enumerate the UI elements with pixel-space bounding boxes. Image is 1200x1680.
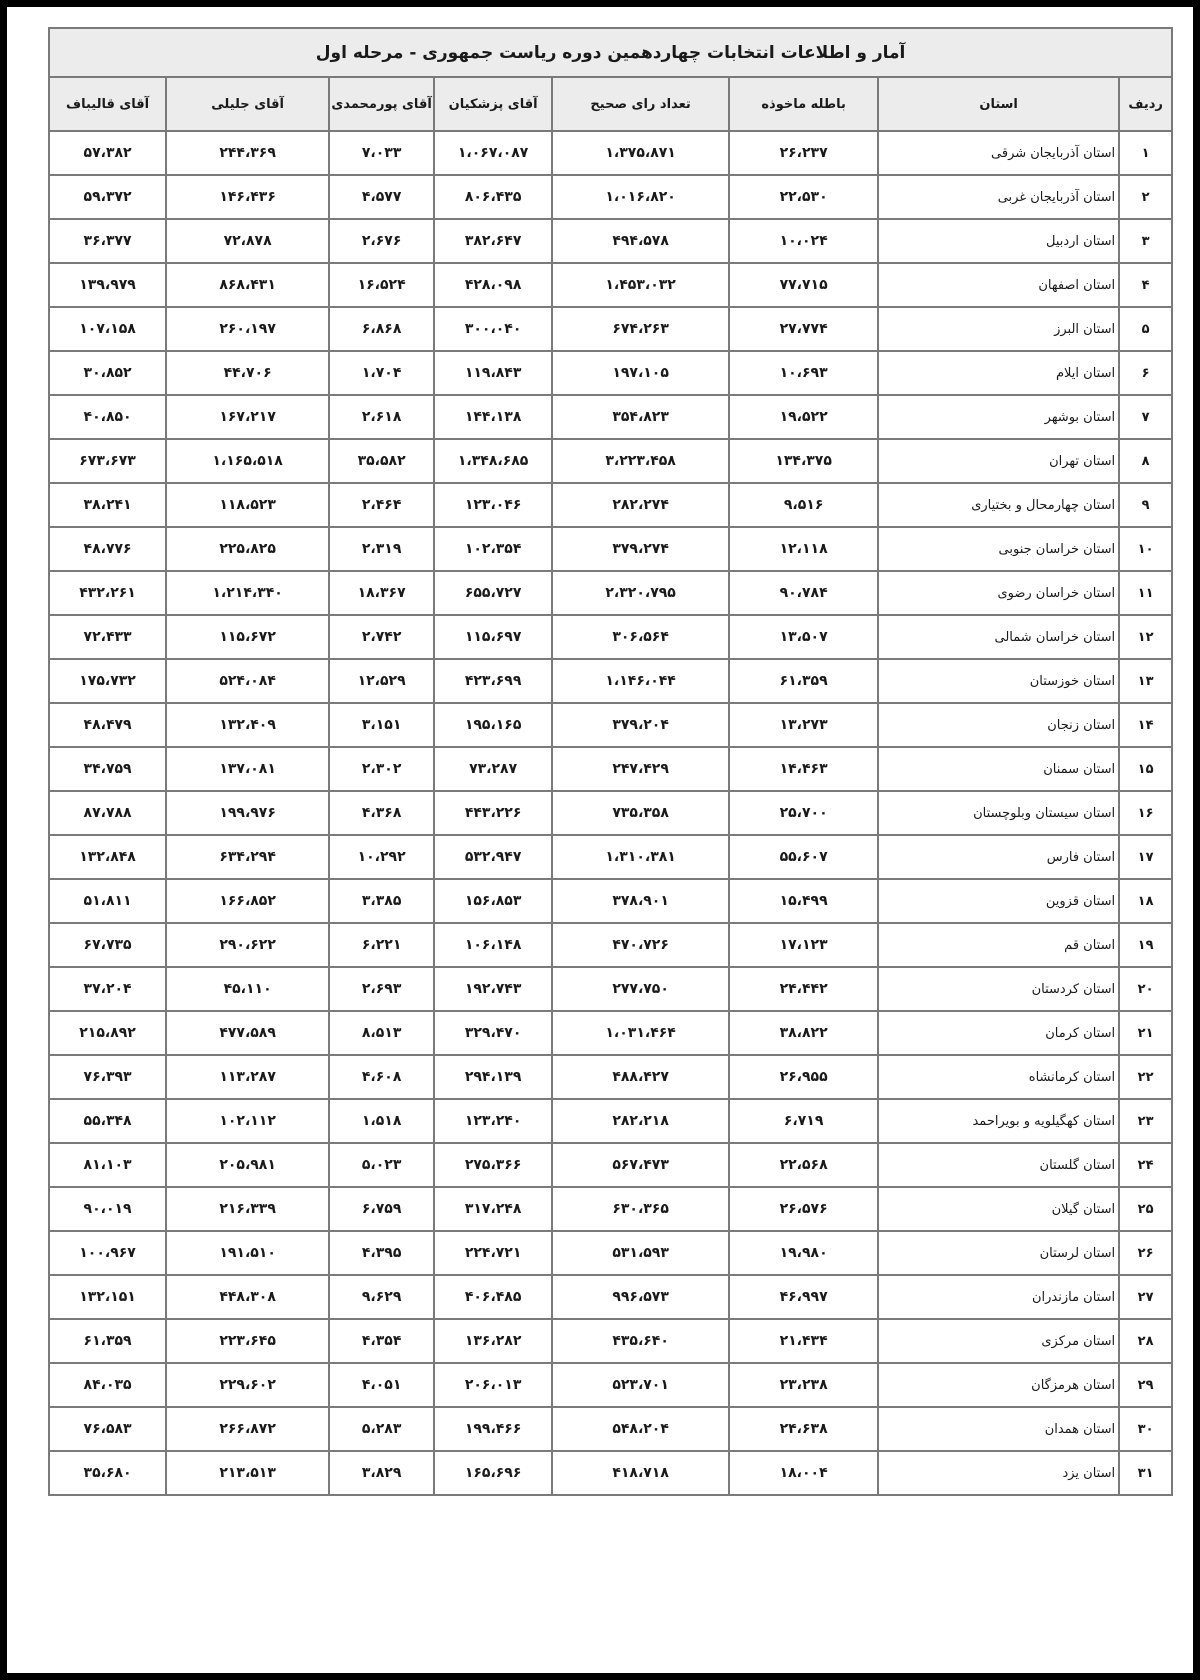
valid-votes: ۶۳۰،۳۶۵: [552, 1187, 729, 1231]
row-number: ۲۳: [1119, 1099, 1172, 1143]
void-votes: ۲۶،۵۷۶: [729, 1187, 878, 1231]
pezeshkian-votes: ۴۲۸،۰۹۸: [434, 263, 552, 307]
void-votes: ۲۳،۲۳۸: [729, 1363, 878, 1407]
valid-votes: ۵۴۸،۲۰۴: [552, 1407, 729, 1451]
province-name: استان فارس: [878, 835, 1119, 879]
pourmohammadi-votes: ۴،۵۷۷: [329, 175, 434, 219]
table-title: آمار و اطلاعات انتخابات چهاردهمین دوره ر…: [49, 28, 1172, 77]
void-votes: ۱۴،۴۶۳: [729, 747, 878, 791]
valid-votes: ۳،۲۲۳،۴۵۸: [552, 439, 729, 483]
void-votes: ۳۸،۸۲۲: [729, 1011, 878, 1055]
valid-votes: ۵۳۱،۵۹۳: [552, 1231, 729, 1275]
pourmohammadi-votes: ۲،۶۹۳: [329, 967, 434, 1011]
row-number: ۱۸: [1119, 879, 1172, 923]
province-name: استان قزوین: [878, 879, 1119, 923]
row-number: ۶: [1119, 351, 1172, 395]
document-page: آمار و اطلاعات انتخابات چهاردهمین دوره ر…: [7, 7, 1193, 1673]
row-number: ۱۰: [1119, 527, 1172, 571]
void-votes: ۲۲،۵۳۰: [729, 175, 878, 219]
valid-votes: ۳۰۶،۵۶۴: [552, 615, 729, 659]
valid-votes: ۶۷۴،۲۶۳: [552, 307, 729, 351]
pezeshkian-votes: ۱۲۳،۰۴۶: [434, 483, 552, 527]
province-name: استان اصفهان: [878, 263, 1119, 307]
row-number: ۲۵: [1119, 1187, 1172, 1231]
pourmohammadi-votes: ۴،۶۰۸: [329, 1055, 434, 1099]
pourmohammadi-votes: ۲،۶۱۸: [329, 395, 434, 439]
row-number: ۲۶: [1119, 1231, 1172, 1275]
valid-votes: ۱،۰۱۶،۸۲۰: [552, 175, 729, 219]
province-name: استان کرمانشاه: [878, 1055, 1119, 1099]
row-number: ۴: [1119, 263, 1172, 307]
qalibaf-votes: ۴۳۲،۲۶۱: [49, 571, 166, 615]
qalibaf-votes: ۲۱۵،۸۹۲: [49, 1011, 166, 1055]
pourmohammadi-votes: ۸،۵۱۳: [329, 1011, 434, 1055]
table-row: ۱۹استان قم۱۷،۱۲۳۴۷۰،۷۲۶۱۰۶،۱۴۸۶،۲۲۱۲۹۰،۶…: [49, 923, 1172, 967]
qalibaf-votes: ۱۰۷،۱۵۸: [49, 307, 166, 351]
pezeshkian-votes: ۸۰۶،۴۳۵: [434, 175, 552, 219]
pourmohammadi-votes: ۴،۳۹۵: [329, 1231, 434, 1275]
pezeshkian-votes: ۱۱۵،۶۹۷: [434, 615, 552, 659]
qalibaf-votes: ۵۵،۳۴۸: [49, 1099, 166, 1143]
pourmohammadi-votes: ۳،۱۵۱: [329, 703, 434, 747]
row-number: ۱۹: [1119, 923, 1172, 967]
jalili-votes: ۱،۱۶۵،۵۱۸: [166, 439, 329, 483]
pourmohammadi-votes: ۳۵،۵۸۲: [329, 439, 434, 483]
province-name: استان آذربایجان شرقی: [878, 131, 1119, 175]
qalibaf-votes: ۳۶،۳۷۷: [49, 219, 166, 263]
valid-votes: ۲۷۷،۷۵۰: [552, 967, 729, 1011]
province-name: استان مرکزی: [878, 1319, 1119, 1363]
pourmohammadi-votes: ۵،۲۸۳: [329, 1407, 434, 1451]
qalibaf-votes: ۷۶،۳۹۳: [49, 1055, 166, 1099]
jalili-votes: ۴۴۸،۳۰۸: [166, 1275, 329, 1319]
row-number: ۱۴: [1119, 703, 1172, 747]
table-row: ۱۰استان خراسان جنوبی۱۲،۱۱۸۳۷۹،۲۷۴۱۰۲،۳۵۴…: [49, 527, 1172, 571]
qalibaf-votes: ۳۵،۶۸۰: [49, 1451, 166, 1495]
row-number: ۱۳: [1119, 659, 1172, 703]
pezeshkian-votes: ۱۹۹،۴۶۶: [434, 1407, 552, 1451]
void-votes: ۱۳۴،۳۷۵: [729, 439, 878, 483]
pourmohammadi-votes: ۴،۳۶۸: [329, 791, 434, 835]
jalili-votes: ۲۰۵،۹۸۱: [166, 1143, 329, 1187]
void-votes: ۲۶،۲۳۷: [729, 131, 878, 175]
pourmohammadi-votes: ۹،۶۲۹: [329, 1275, 434, 1319]
province-name: استان سیستان وبلوچستان: [878, 791, 1119, 835]
row-number: ۳۰: [1119, 1407, 1172, 1451]
table-row: ۲۴استان گلستان۲۲،۵۶۸۵۶۷،۴۷۳۲۷۵،۳۶۶۵،۰۲۳۲…: [49, 1143, 1172, 1187]
table-row: ۱۴استان زنجان۱۳،۲۷۳۳۷۹،۲۰۴۱۹۵،۱۶۵۳،۱۵۱۱۳…: [49, 703, 1172, 747]
qalibaf-votes: ۸۱،۱۰۳: [49, 1143, 166, 1187]
jalili-votes: ۱۱۳،۲۸۷: [166, 1055, 329, 1099]
pourmohammadi-votes: ۱،۷۰۴: [329, 351, 434, 395]
pezeshkian-votes: ۱،۰۶۷،۰۸۷: [434, 131, 552, 175]
void-votes: ۱۰،۶۹۳: [729, 351, 878, 395]
jalili-votes: ۲۱۳،۵۱۳: [166, 1451, 329, 1495]
pourmohammadi-votes: ۲،۷۴۲: [329, 615, 434, 659]
table-row: ۱۱استان خراسان رضوی۹۰،۷۸۴۲،۳۲۰،۷۹۵۶۵۵،۷۲…: [49, 571, 1172, 615]
jalili-votes: ۱۱۸،۵۲۳: [166, 483, 329, 527]
pourmohammadi-votes: ۵،۰۲۳: [329, 1143, 434, 1187]
void-votes: ۵۵،۶۰۷: [729, 835, 878, 879]
void-votes: ۱۲،۱۱۸: [729, 527, 878, 571]
row-number: ۲: [1119, 175, 1172, 219]
pezeshkian-votes: ۶۵۵،۷۲۷: [434, 571, 552, 615]
table-row: ۲۵استان گیلان۲۶،۵۷۶۶۳۰،۳۶۵۳۱۷،۲۴۸۶،۷۵۹۲۱…: [49, 1187, 1172, 1231]
row-number: ۱: [1119, 131, 1172, 175]
valid-votes: ۳۷۸،۹۰۱: [552, 879, 729, 923]
qalibaf-votes: ۱۳۹،۹۷۹: [49, 263, 166, 307]
province-name: استان خوزستان: [878, 659, 1119, 703]
province-name: استان گیلان: [878, 1187, 1119, 1231]
pezeshkian-votes: ۱۳۶،۲۸۲: [434, 1319, 552, 1363]
pezeshkian-votes: ۱۹۵،۱۶۵: [434, 703, 552, 747]
pourmohammadi-votes: ۱،۵۱۸: [329, 1099, 434, 1143]
table-row: ۸استان تهران۱۳۴،۳۷۵۳،۲۲۳،۴۵۸۱،۳۴۸،۶۸۵۳۵،…: [49, 439, 1172, 483]
qalibaf-votes: ۷۲،۴۳۳: [49, 615, 166, 659]
pezeshkian-votes: ۲۲۴،۷۲۱: [434, 1231, 552, 1275]
table-body: ۱استان آذربایجان شرقی۲۶،۲۳۷۱،۳۷۵،۸۷۱۱،۰۶…: [49, 131, 1172, 1495]
pezeshkian-votes: ۳۱۷،۲۴۸: [434, 1187, 552, 1231]
pezeshkian-votes: ۱۱۹،۸۴۳: [434, 351, 552, 395]
province-name: استان قم: [878, 923, 1119, 967]
table-row: ۲۸استان مرکزی۲۱،۴۳۴۴۳۵،۶۴۰۱۳۶،۲۸۲۴،۳۵۴۲۲…: [49, 1319, 1172, 1363]
pourmohammadi-votes: ۶،۲۲۱: [329, 923, 434, 967]
jalili-votes: ۲۱۶،۳۳۹: [166, 1187, 329, 1231]
qalibaf-votes: ۳۰،۸۵۲: [49, 351, 166, 395]
province-name: استان تهران: [878, 439, 1119, 483]
qalibaf-votes: ۳۴،۷۵۹: [49, 747, 166, 791]
province-name: استان اردبیل: [878, 219, 1119, 263]
pezeshkian-votes: ۲۰۶،۰۱۳: [434, 1363, 552, 1407]
jalili-votes: ۲۴۴،۳۶۹: [166, 131, 329, 175]
pourmohammadi-votes: ۲،۳۱۹: [329, 527, 434, 571]
pezeshkian-votes: ۲۷۵،۳۶۶: [434, 1143, 552, 1187]
province-name: استان آذربایجان غربی: [878, 175, 1119, 219]
table-row: ۳۱استان یزد۱۸،۰۰۴۴۱۸،۷۱۸۱۶۵،۶۹۶۳،۸۲۹۲۱۳،…: [49, 1451, 1172, 1495]
void-votes: ۲۶،۹۵۵: [729, 1055, 878, 1099]
table-row: ۲۳استان کهگیلویه و بویراحمد۶،۷۱۹۲۸۲،۲۱۸۱…: [49, 1099, 1172, 1143]
row-number: ۲۸: [1119, 1319, 1172, 1363]
qalibaf-votes: ۳۷،۲۰۴: [49, 967, 166, 1011]
pourmohammadi-votes: ۱۸،۳۶۷: [329, 571, 434, 615]
province-name: استان چهارمحال و بختیاری: [878, 483, 1119, 527]
qalibaf-votes: ۵۱،۸۱۱: [49, 879, 166, 923]
void-votes: ۲۷،۷۷۴: [729, 307, 878, 351]
valid-votes: ۵۶۷،۴۷۳: [552, 1143, 729, 1187]
table-row: ۲۲استان کرمانشاه۲۶،۹۵۵۴۸۸،۴۲۷۲۹۴،۱۳۹۴،۶۰…: [49, 1055, 1172, 1099]
pezeshkian-votes: ۱۵۶،۸۵۳: [434, 879, 552, 923]
row-number: ۵: [1119, 307, 1172, 351]
void-votes: ۲۴،۴۴۲: [729, 967, 878, 1011]
header-row: ردیف استان باطله ماخوذه تعداد رای صحیح آ…: [49, 77, 1172, 131]
pezeshkian-votes: ۴۴۳،۲۲۶: [434, 791, 552, 835]
void-votes: ۶۱،۳۵۹: [729, 659, 878, 703]
void-votes: ۱۸،۰۰۴: [729, 1451, 878, 1495]
jalili-votes: ۱۳۲،۴۰۹: [166, 703, 329, 747]
table-row: ۱۸استان قزوین۱۵،۴۹۹۳۷۸،۹۰۱۱۵۶،۸۵۳۳،۳۸۵۱۶…: [49, 879, 1172, 923]
pezeshkian-votes: ۴۲۳،۶۹۹: [434, 659, 552, 703]
pezeshkian-votes: ۱۰۶،۱۴۸: [434, 923, 552, 967]
valid-votes: ۳۷۹،۲۰۴: [552, 703, 729, 747]
pourmohammadi-votes: ۲،۶۷۶: [329, 219, 434, 263]
pourmohammadi-votes: ۱۲،۵۲۹: [329, 659, 434, 703]
valid-votes: ۳۵۴،۸۲۳: [552, 395, 729, 439]
jalili-votes: ۲۲۳،۶۴۵: [166, 1319, 329, 1363]
province-name: استان کردستان: [878, 967, 1119, 1011]
table-row: ۳استان اردبیل۱۰،۰۲۴۴۹۴،۵۷۸۳۸۲،۶۴۷۲،۶۷۶۷۲…: [49, 219, 1172, 263]
valid-votes: ۴۷۰،۷۲۶: [552, 923, 729, 967]
pezeshkian-votes: ۳۸۲،۶۴۷: [434, 219, 552, 263]
col-header-pourmohammadi: آقای پورمحمدی: [329, 77, 434, 131]
jalili-votes: ۱۹۹،۹۷۶: [166, 791, 329, 835]
row-number: ۱۷: [1119, 835, 1172, 879]
table-row: ۲۰استان کردستان۲۴،۴۴۲۲۷۷،۷۵۰۱۹۲،۷۴۳۲،۶۹۳…: [49, 967, 1172, 1011]
jalili-votes: ۲۹۰،۶۲۲: [166, 923, 329, 967]
row-number: ۲۷: [1119, 1275, 1172, 1319]
province-name: استان مازندران: [878, 1275, 1119, 1319]
table-row: ۱۷استان فارس۵۵،۶۰۷۱،۳۱۰،۳۸۱۵۳۲،۹۴۷۱۰،۲۹۲…: [49, 835, 1172, 879]
province-name: استان خراسان جنوبی: [878, 527, 1119, 571]
void-votes: ۹۰،۷۸۴: [729, 571, 878, 615]
province-name: استان خراسان رضوی: [878, 571, 1119, 615]
col-header-void-votes: باطله ماخوذه: [729, 77, 878, 131]
valid-votes: ۱۹۷،۱۰۵: [552, 351, 729, 395]
pezeshkian-votes: ۱۲۳،۲۴۰: [434, 1099, 552, 1143]
table-row: ۲۹استان هرمزگان۲۳،۲۳۸۵۲۳،۷۰۱۲۰۶،۰۱۳۴،۰۵۱…: [49, 1363, 1172, 1407]
table-row: ۲۶استان لرستان۱۹،۹۸۰۵۳۱،۵۹۳۲۲۴،۷۲۱۴،۳۹۵۱…: [49, 1231, 1172, 1275]
valid-votes: ۲۸۲،۲۷۴: [552, 483, 729, 527]
pezeshkian-votes: ۳۲۹،۴۷۰: [434, 1011, 552, 1055]
pourmohammadi-votes: ۶،۷۵۹: [329, 1187, 434, 1231]
province-name: استان لرستان: [878, 1231, 1119, 1275]
table-row: ۲۱استان کرمان۳۸،۸۲۲۱،۰۳۱،۴۶۴۳۲۹،۴۷۰۸،۵۱۳…: [49, 1011, 1172, 1055]
jalili-votes: ۷۲،۸۷۸: [166, 219, 329, 263]
province-name: استان سمنان: [878, 747, 1119, 791]
jalili-votes: ۱۶۷،۲۱۷: [166, 395, 329, 439]
row-number: ۲۰: [1119, 967, 1172, 1011]
void-votes: ۲۱،۴۳۴: [729, 1319, 878, 1363]
col-header-qalibaf: آقای قالیباف: [49, 77, 166, 131]
pourmohammadi-votes: ۲،۳۰۲: [329, 747, 434, 791]
void-votes: ۱۳،۵۰۷: [729, 615, 878, 659]
valid-votes: ۷۳۵،۳۵۸: [552, 791, 729, 835]
pourmohammadi-votes: ۶،۸۶۸: [329, 307, 434, 351]
valid-votes: ۴۱۸،۷۱۸: [552, 1451, 729, 1495]
pezeshkian-votes: ۱۹۲،۷۴۳: [434, 967, 552, 1011]
void-votes: ۱۹،۹۸۰: [729, 1231, 878, 1275]
col-header-row-number: ردیف: [1119, 77, 1172, 131]
table-row: ۹استان چهارمحال و بختیاری۹،۵۱۶۲۸۲،۲۷۴۱۲۳…: [49, 483, 1172, 527]
province-name: استان خراسان شمالی: [878, 615, 1119, 659]
jalili-votes: ۱۱۵،۶۷۲: [166, 615, 329, 659]
jalili-votes: ۲۲۹،۶۰۲: [166, 1363, 329, 1407]
table-row: ۷استان بوشهر۱۹،۵۲۲۳۵۴،۸۲۳۱۴۴،۱۳۸۲،۶۱۸۱۶۷…: [49, 395, 1172, 439]
qalibaf-votes: ۹۰،۰۱۹: [49, 1187, 166, 1231]
qalibaf-votes: ۸۷،۷۸۸: [49, 791, 166, 835]
jalili-votes: ۲۶۰،۱۹۷: [166, 307, 329, 351]
jalili-votes: ۱۰۲،۱۱۲: [166, 1099, 329, 1143]
table-row: ۱۵استان سمنان۱۴،۴۶۳۲۴۷،۴۲۹۷۳،۲۸۷۲،۳۰۲۱۳۷…: [49, 747, 1172, 791]
void-votes: ۱۹،۵۲۲: [729, 395, 878, 439]
row-number: ۲۱: [1119, 1011, 1172, 1055]
table-row: ۶استان ایلام۱۰،۶۹۳۱۹۷،۱۰۵۱۱۹،۸۴۳۱،۷۰۴۴۴،…: [49, 351, 1172, 395]
table-row: ۲۷استان مازندران۴۶،۹۹۷۹۹۶،۵۷۳۴۰۶،۴۸۵۹،۶۲…: [49, 1275, 1172, 1319]
qalibaf-votes: ۱۰۰،۹۶۷: [49, 1231, 166, 1275]
qalibaf-votes: ۵۹،۳۷۲: [49, 175, 166, 219]
qalibaf-votes: ۱۳۲،۸۴۸: [49, 835, 166, 879]
valid-votes: ۲۴۷،۴۲۹: [552, 747, 729, 791]
table-row: ۵استان البرز۲۷،۷۷۴۶۷۴،۲۶۳۳۰۰،۰۴۰۶،۸۶۸۲۶۰…: [49, 307, 1172, 351]
valid-votes: ۴۹۴،۵۷۸: [552, 219, 729, 263]
pezeshkian-votes: ۱۴۴،۱۳۸: [434, 395, 552, 439]
pourmohammadi-votes: ۳،۸۲۹: [329, 1451, 434, 1495]
valid-votes: ۴۸۸،۴۲۷: [552, 1055, 729, 1099]
jalili-votes: ۱۴۶،۴۳۶: [166, 175, 329, 219]
jalili-votes: ۲۶۶،۸۷۲: [166, 1407, 329, 1451]
jalili-votes: ۶۳۴،۲۹۴: [166, 835, 329, 879]
row-number: ۳۱: [1119, 1451, 1172, 1495]
pezeshkian-votes: ۴۰۶،۴۸۵: [434, 1275, 552, 1319]
province-name: استان البرز: [878, 307, 1119, 351]
valid-votes: ۱،۳۱۰،۳۸۱: [552, 835, 729, 879]
valid-votes: ۳۷۹،۲۷۴: [552, 527, 729, 571]
province-name: استان گلستان: [878, 1143, 1119, 1187]
table-row: ۲استان آذربایجان غربی۲۲،۵۳۰۱،۰۱۶،۸۲۰۸۰۶،…: [49, 175, 1172, 219]
qalibaf-votes: ۴۸،۴۷۹: [49, 703, 166, 747]
province-name: استان زنجان: [878, 703, 1119, 747]
void-votes: ۷۷،۷۱۵: [729, 263, 878, 307]
row-number: ۱۶: [1119, 791, 1172, 835]
row-number: ۲۲: [1119, 1055, 1172, 1099]
row-number: ۷: [1119, 395, 1172, 439]
row-number: ۸: [1119, 439, 1172, 483]
pourmohammadi-votes: ۲،۴۶۴: [329, 483, 434, 527]
pezeshkian-votes: ۱۶۵،۶۹۶: [434, 1451, 552, 1495]
province-name: استان کهگیلویه و بویراحمد: [878, 1099, 1119, 1143]
qalibaf-votes: ۱۳۲،۱۵۱: [49, 1275, 166, 1319]
pourmohammadi-votes: ۳،۳۸۵: [329, 879, 434, 923]
void-votes: ۱۳،۲۷۳: [729, 703, 878, 747]
province-name: استان بوشهر: [878, 395, 1119, 439]
pourmohammadi-votes: ۷،۰۳۳: [329, 131, 434, 175]
pourmohammadi-votes: ۴،۳۵۴: [329, 1319, 434, 1363]
jalili-votes: ۱۹۱،۵۱۰: [166, 1231, 329, 1275]
valid-votes: ۹۹۶،۵۷۳: [552, 1275, 729, 1319]
row-number: ۲۹: [1119, 1363, 1172, 1407]
void-votes: ۱۵،۴۹۹: [729, 879, 878, 923]
qalibaf-votes: ۱۷۵،۷۳۲: [49, 659, 166, 703]
col-header-pezeshkian: آقای پزشکیان: [434, 77, 552, 131]
valid-votes: ۱،۴۵۳،۰۳۲: [552, 263, 729, 307]
void-votes: ۲۵،۷۰۰: [729, 791, 878, 835]
valid-votes: ۱،۱۴۶،۰۴۴: [552, 659, 729, 703]
province-name: استان ایلام: [878, 351, 1119, 395]
void-votes: ۲۲،۵۶۸: [729, 1143, 878, 1187]
valid-votes: ۴۳۵،۶۴۰: [552, 1319, 729, 1363]
row-number: ۱۱: [1119, 571, 1172, 615]
qalibaf-votes: ۴۸،۷۷۶: [49, 527, 166, 571]
pourmohammadi-votes: ۱۰،۲۹۲: [329, 835, 434, 879]
void-votes: ۹،۵۱۶: [729, 483, 878, 527]
province-name: استان همدان: [878, 1407, 1119, 1451]
void-votes: ۲۴،۶۳۸: [729, 1407, 878, 1451]
qalibaf-votes: ۳۸،۲۴۱: [49, 483, 166, 527]
void-votes: ۴۶،۹۹۷: [729, 1275, 878, 1319]
row-number: ۳: [1119, 219, 1172, 263]
jalili-votes: ۴۵،۱۱۰: [166, 967, 329, 1011]
election-results-table: آمار و اطلاعات انتخابات چهاردهمین دوره ر…: [48, 27, 1173, 1496]
jalili-votes: ۱۳۷،۰۸۱: [166, 747, 329, 791]
table-row: ۱۲استان خراسان شمالی۱۳،۵۰۷۳۰۶،۵۶۴۱۱۵،۶۹۷…: [49, 615, 1172, 659]
qalibaf-votes: ۵۷،۳۸۲: [49, 131, 166, 175]
table-row: ۱۳استان خوزستان۶۱،۳۵۹۱،۱۴۶،۰۴۴۴۲۳،۶۹۹۱۲،…: [49, 659, 1172, 703]
table-row: ۱۶استان سیستان وبلوچستان۲۵،۷۰۰۷۳۵،۳۵۸۴۴۳…: [49, 791, 1172, 835]
province-name: استان یزد: [878, 1451, 1119, 1495]
pezeshkian-votes: ۱۰۲،۳۵۴: [434, 527, 552, 571]
pezeshkian-votes: ۷۳،۲۸۷: [434, 747, 552, 791]
jalili-votes: ۲۲۵،۸۲۵: [166, 527, 329, 571]
jalili-votes: ۱۶۶،۸۵۲: [166, 879, 329, 923]
valid-votes: ۲۸۲،۲۱۸: [552, 1099, 729, 1143]
qalibaf-votes: ۷۶،۵۸۳: [49, 1407, 166, 1451]
void-votes: ۱۰،۰۲۴: [729, 219, 878, 263]
pezeshkian-votes: ۵۳۲،۹۴۷: [434, 835, 552, 879]
qalibaf-votes: ۶۷،۷۳۵: [49, 923, 166, 967]
pourmohammadi-votes: ۱۶،۵۲۴: [329, 263, 434, 307]
qalibaf-votes: ۶۷۳،۶۷۳: [49, 439, 166, 483]
table-row: ۳۰استان همدان۲۴،۶۳۸۵۴۸،۲۰۴۱۹۹،۴۶۶۵،۲۸۳۲۶…: [49, 1407, 1172, 1451]
province-name: استان کرمان: [878, 1011, 1119, 1055]
pezeshkian-votes: ۲۹۴،۱۳۹: [434, 1055, 552, 1099]
table-row: ۴استان اصفهان۷۷،۷۱۵۱،۴۵۳،۰۳۲۴۲۸،۰۹۸۱۶،۵۲…: [49, 263, 1172, 307]
province-name: استان هرمزگان: [878, 1363, 1119, 1407]
void-votes: ۱۷،۱۲۳: [729, 923, 878, 967]
table-row: ۱استان آذربایجان شرقی۲۶،۲۳۷۱،۳۷۵،۸۷۱۱،۰۶…: [49, 131, 1172, 175]
row-number: ۱۲: [1119, 615, 1172, 659]
valid-votes: ۱،۳۷۵،۸۷۱: [552, 131, 729, 175]
qalibaf-votes: ۴۰،۸۵۰: [49, 395, 166, 439]
pezeshkian-votes: ۳۰۰،۰۴۰: [434, 307, 552, 351]
col-header-valid-votes: تعداد رای صحیح: [552, 77, 729, 131]
valid-votes: ۲،۳۲۰،۷۹۵: [552, 571, 729, 615]
row-number: ۹: [1119, 483, 1172, 527]
jalili-votes: ۴۷۷،۵۸۹: [166, 1011, 329, 1055]
row-number: ۱۵: [1119, 747, 1172, 791]
pourmohammadi-votes: ۴،۰۵۱: [329, 1363, 434, 1407]
void-votes: ۶،۷۱۹: [729, 1099, 878, 1143]
valid-votes: ۵۲۳،۷۰۱: [552, 1363, 729, 1407]
valid-votes: ۱،۰۳۱،۴۶۴: [552, 1011, 729, 1055]
qalibaf-votes: ۸۴،۰۳۵: [49, 1363, 166, 1407]
pezeshkian-votes: ۱،۳۴۸،۶۸۵: [434, 439, 552, 483]
jalili-votes: ۱،۲۱۴،۳۴۰: [166, 571, 329, 615]
qalibaf-votes: ۶۱،۳۵۹: [49, 1319, 166, 1363]
jalili-votes: ۵۲۴،۰۸۴: [166, 659, 329, 703]
row-number: ۲۴: [1119, 1143, 1172, 1187]
jalili-votes: ۸۶۸،۴۳۱: [166, 263, 329, 307]
col-header-jalili: آقای جلیلی: [166, 77, 329, 131]
col-header-province: استان: [878, 77, 1119, 131]
jalili-votes: ۴۴،۷۰۶: [166, 351, 329, 395]
